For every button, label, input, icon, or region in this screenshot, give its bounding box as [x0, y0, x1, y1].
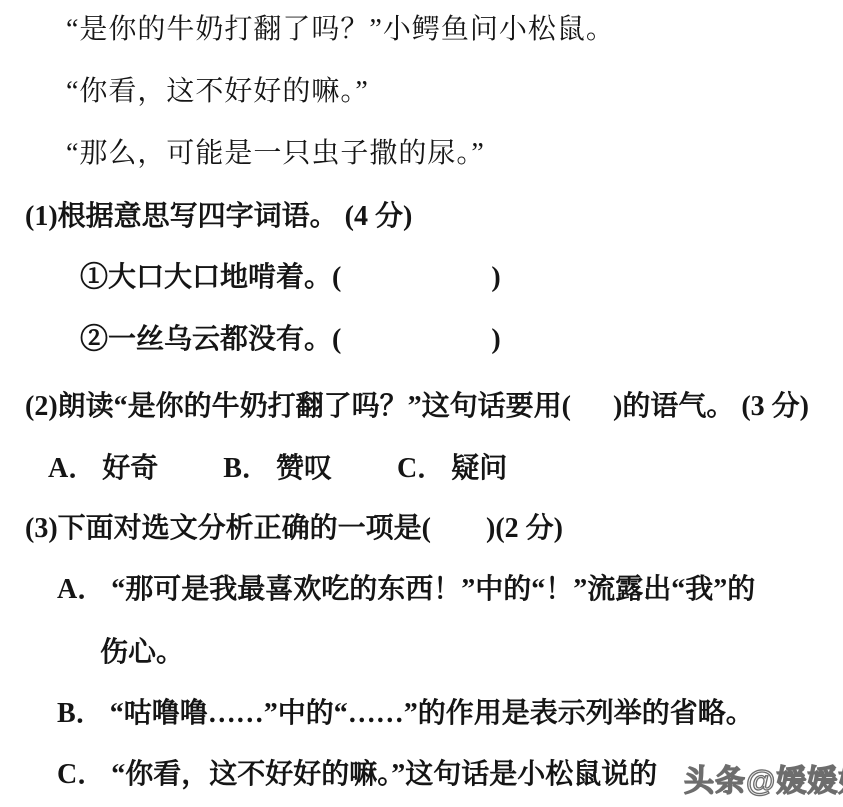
option-c-label: C． [397, 453, 445, 484]
question3-option-c: C．“你看，这不好好的嘛。”这句话是小松鼠说的 [57, 758, 657, 792]
question1-item-2: ②一丝乌云都没有。() [80, 323, 501, 357]
question3-option-a-line1: A．“那可是我最喜欢吃的东西！”中的“！”流露出“我”的 [57, 573, 755, 607]
question2-number: (2) [25, 391, 58, 422]
question3-heading: (3)下面对选文分析正确的一项是()(2 分) [25, 512, 563, 546]
open-paren: ( [562, 391, 571, 422]
question1-item-1: ①大口大口地啃着。() [80, 261, 501, 295]
option-b-text: “咕噜噜……”中的“……”的作用是表示列举的省略。 [110, 698, 754, 729]
question3-option-b: B．“咕噜噜……”中的“……”的作用是表示列举的省略。 [57, 697, 754, 731]
question1-text: 根据意思写四字词语。 [58, 201, 338, 232]
close-paren: ) [613, 391, 622, 422]
question1-heading: (1)根据意思写四字词语。(4 分) [25, 200, 412, 234]
open-paren: ( [332, 324, 341, 355]
close-paren: ) [491, 324, 500, 355]
question2-option-a: A．好奇 [48, 453, 165, 484]
option-a-label: A． [48, 453, 96, 484]
question3-option-a-line2: 伤心。 [100, 636, 184, 670]
option-a-text-line1: “那可是我最喜欢吃的东西！”中的“！”流露出“我”的 [111, 574, 755, 605]
open-paren: ( [422, 513, 431, 544]
close-paren: ) [486, 513, 495, 544]
question1-score: (4 分) [345, 201, 413, 232]
option-b-label: B． [57, 698, 104, 729]
question3-number: (3) [25, 513, 58, 544]
option-b-label: B． [223, 453, 270, 484]
option-a-label: A． [57, 574, 105, 605]
answer-blank [571, 411, 613, 415]
question2-options-row: A．好奇 B．赞叹 C．疑问 [48, 452, 507, 486]
passage-line-1: “是你的牛奶打翻了吗？”小鳄鱼问小松鼠。 [66, 13, 615, 47]
passage-line-3: “那么，可能是一只虫子撒的尿。” [66, 137, 485, 171]
open-paren: ( [332, 262, 341, 293]
question2-option-c: C．疑问 [397, 453, 507, 484]
question2-option-b: B．赞叹 [223, 453, 339, 484]
option-a-text: 好奇 [102, 453, 158, 484]
question2-score: (3 分) [741, 391, 809, 422]
question2-text-after-blank: 的语气。 [622, 391, 734, 422]
worksheet-page: “是你的牛奶打翻了吗？”小鳄鱼问小松鼠。 “你看，这不好好的嘛。” “那么，可能… [0, 0, 843, 807]
question3-text-before-blank: 下面对选文分析正确的一项是 [58, 513, 422, 544]
passage-line-2: “你看，这不好好的嘛。” [66, 75, 369, 109]
close-paren: ) [491, 262, 500, 293]
answer-blank [341, 282, 491, 286]
question1-item-2-text: ②一丝乌云都没有。 [80, 324, 332, 355]
question2-text-before-blank: 朗读“是你的牛奶打翻了吗？”这句话要用 [58, 391, 562, 422]
question1-item-1-text: ①大口大口地啃着。 [80, 262, 332, 293]
option-c-label: C． [57, 759, 105, 790]
option-b-text: 赞叹 [276, 453, 332, 484]
question3-score: (2 分) [495, 513, 563, 544]
option-c-text: “你看，这不好好的嘛。”这句话是小松鼠说的 [111, 759, 657, 790]
option-c-text: 疑问 [451, 453, 507, 484]
question1-number: (1) [25, 201, 58, 232]
question2-heading: (2)朗读“是你的牛奶打翻了吗？”这句话要用()的语气。(3 分) [25, 390, 809, 424]
answer-blank [341, 344, 491, 348]
answer-blank [431, 533, 486, 537]
watermark-toutiao: 头条@媛媛妈 [684, 756, 843, 800]
